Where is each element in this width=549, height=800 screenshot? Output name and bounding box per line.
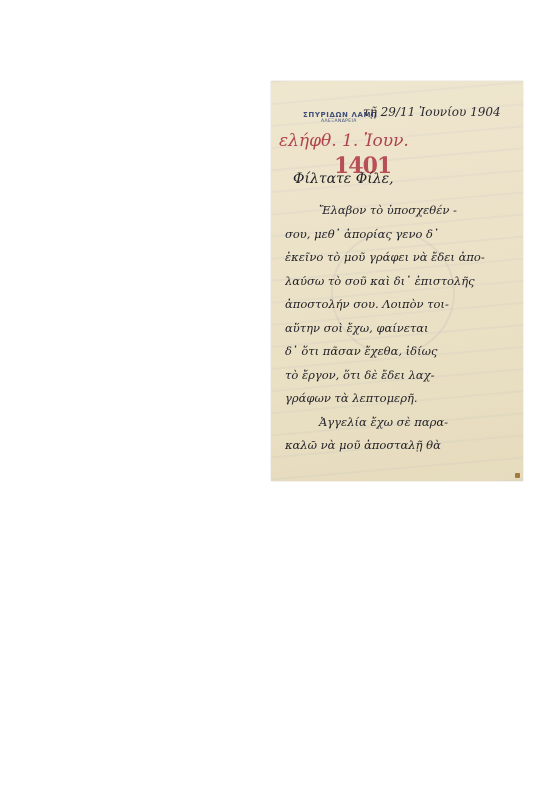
body-line: γράφων τὰ λεπτομερῆ.	[285, 387, 517, 411]
body-line: Ἔλαβον τὸ ὑποσχεθέν -	[285, 199, 517, 223]
body-line: αὕτην σοὶ ἔχω, φαίνεται	[285, 317, 517, 341]
body-line: λαύσω τὸ σοῦ καὶ δι᾽ ἐπιστολῆς	[285, 270, 517, 294]
red-annotation: ελήφθ. 1. Ἰουν.	[279, 131, 409, 151]
letter-body: Ἔλαβον τὸ ὑποσχεθέν - σου, μεθ᾽ ἀπορίας …	[285, 199, 517, 458]
body-line: Ἀγγελία ἔχω σὲ παρα-	[285, 411, 517, 435]
body-line: καλῶ νὰ μοῦ ἀποσταλῇ θὰ	[285, 434, 517, 458]
body-line: τὸ ἔργον, ὅτι δὲ ἔδει λαχ-	[285, 364, 517, 388]
body-line: σου, μεθ᾽ ἀπορίας γενο δ᾽	[285, 223, 517, 247]
letter-page: ΣΠΥΡΙΔΩΝ ΛΑΜΠ ΑΛΕΞΑΝΔΡΕΙΑ τῇ 29/11 Ἰουνί…	[271, 81, 523, 481]
letter-date: τῇ 29/11 Ἰουνίου 1904	[363, 105, 501, 119]
letterhead-place: ΑΛΕΞΑΝΔΡΕΙΑ	[321, 119, 378, 124]
salutation: Φίλτατε Φίλε,	[293, 171, 394, 187]
body-line: ἀποστολήν σου. Λοιπὸν τοι-	[285, 293, 517, 317]
body-line: ἐκεῖνο τὸ μοῦ γράφει νὰ ἔδει ἀπο-	[285, 246, 517, 270]
body-line: δ᾽ ὅτι πᾶσαν ἔχεθα, ἰδίως	[285, 340, 517, 364]
corner-mark	[515, 473, 520, 478]
